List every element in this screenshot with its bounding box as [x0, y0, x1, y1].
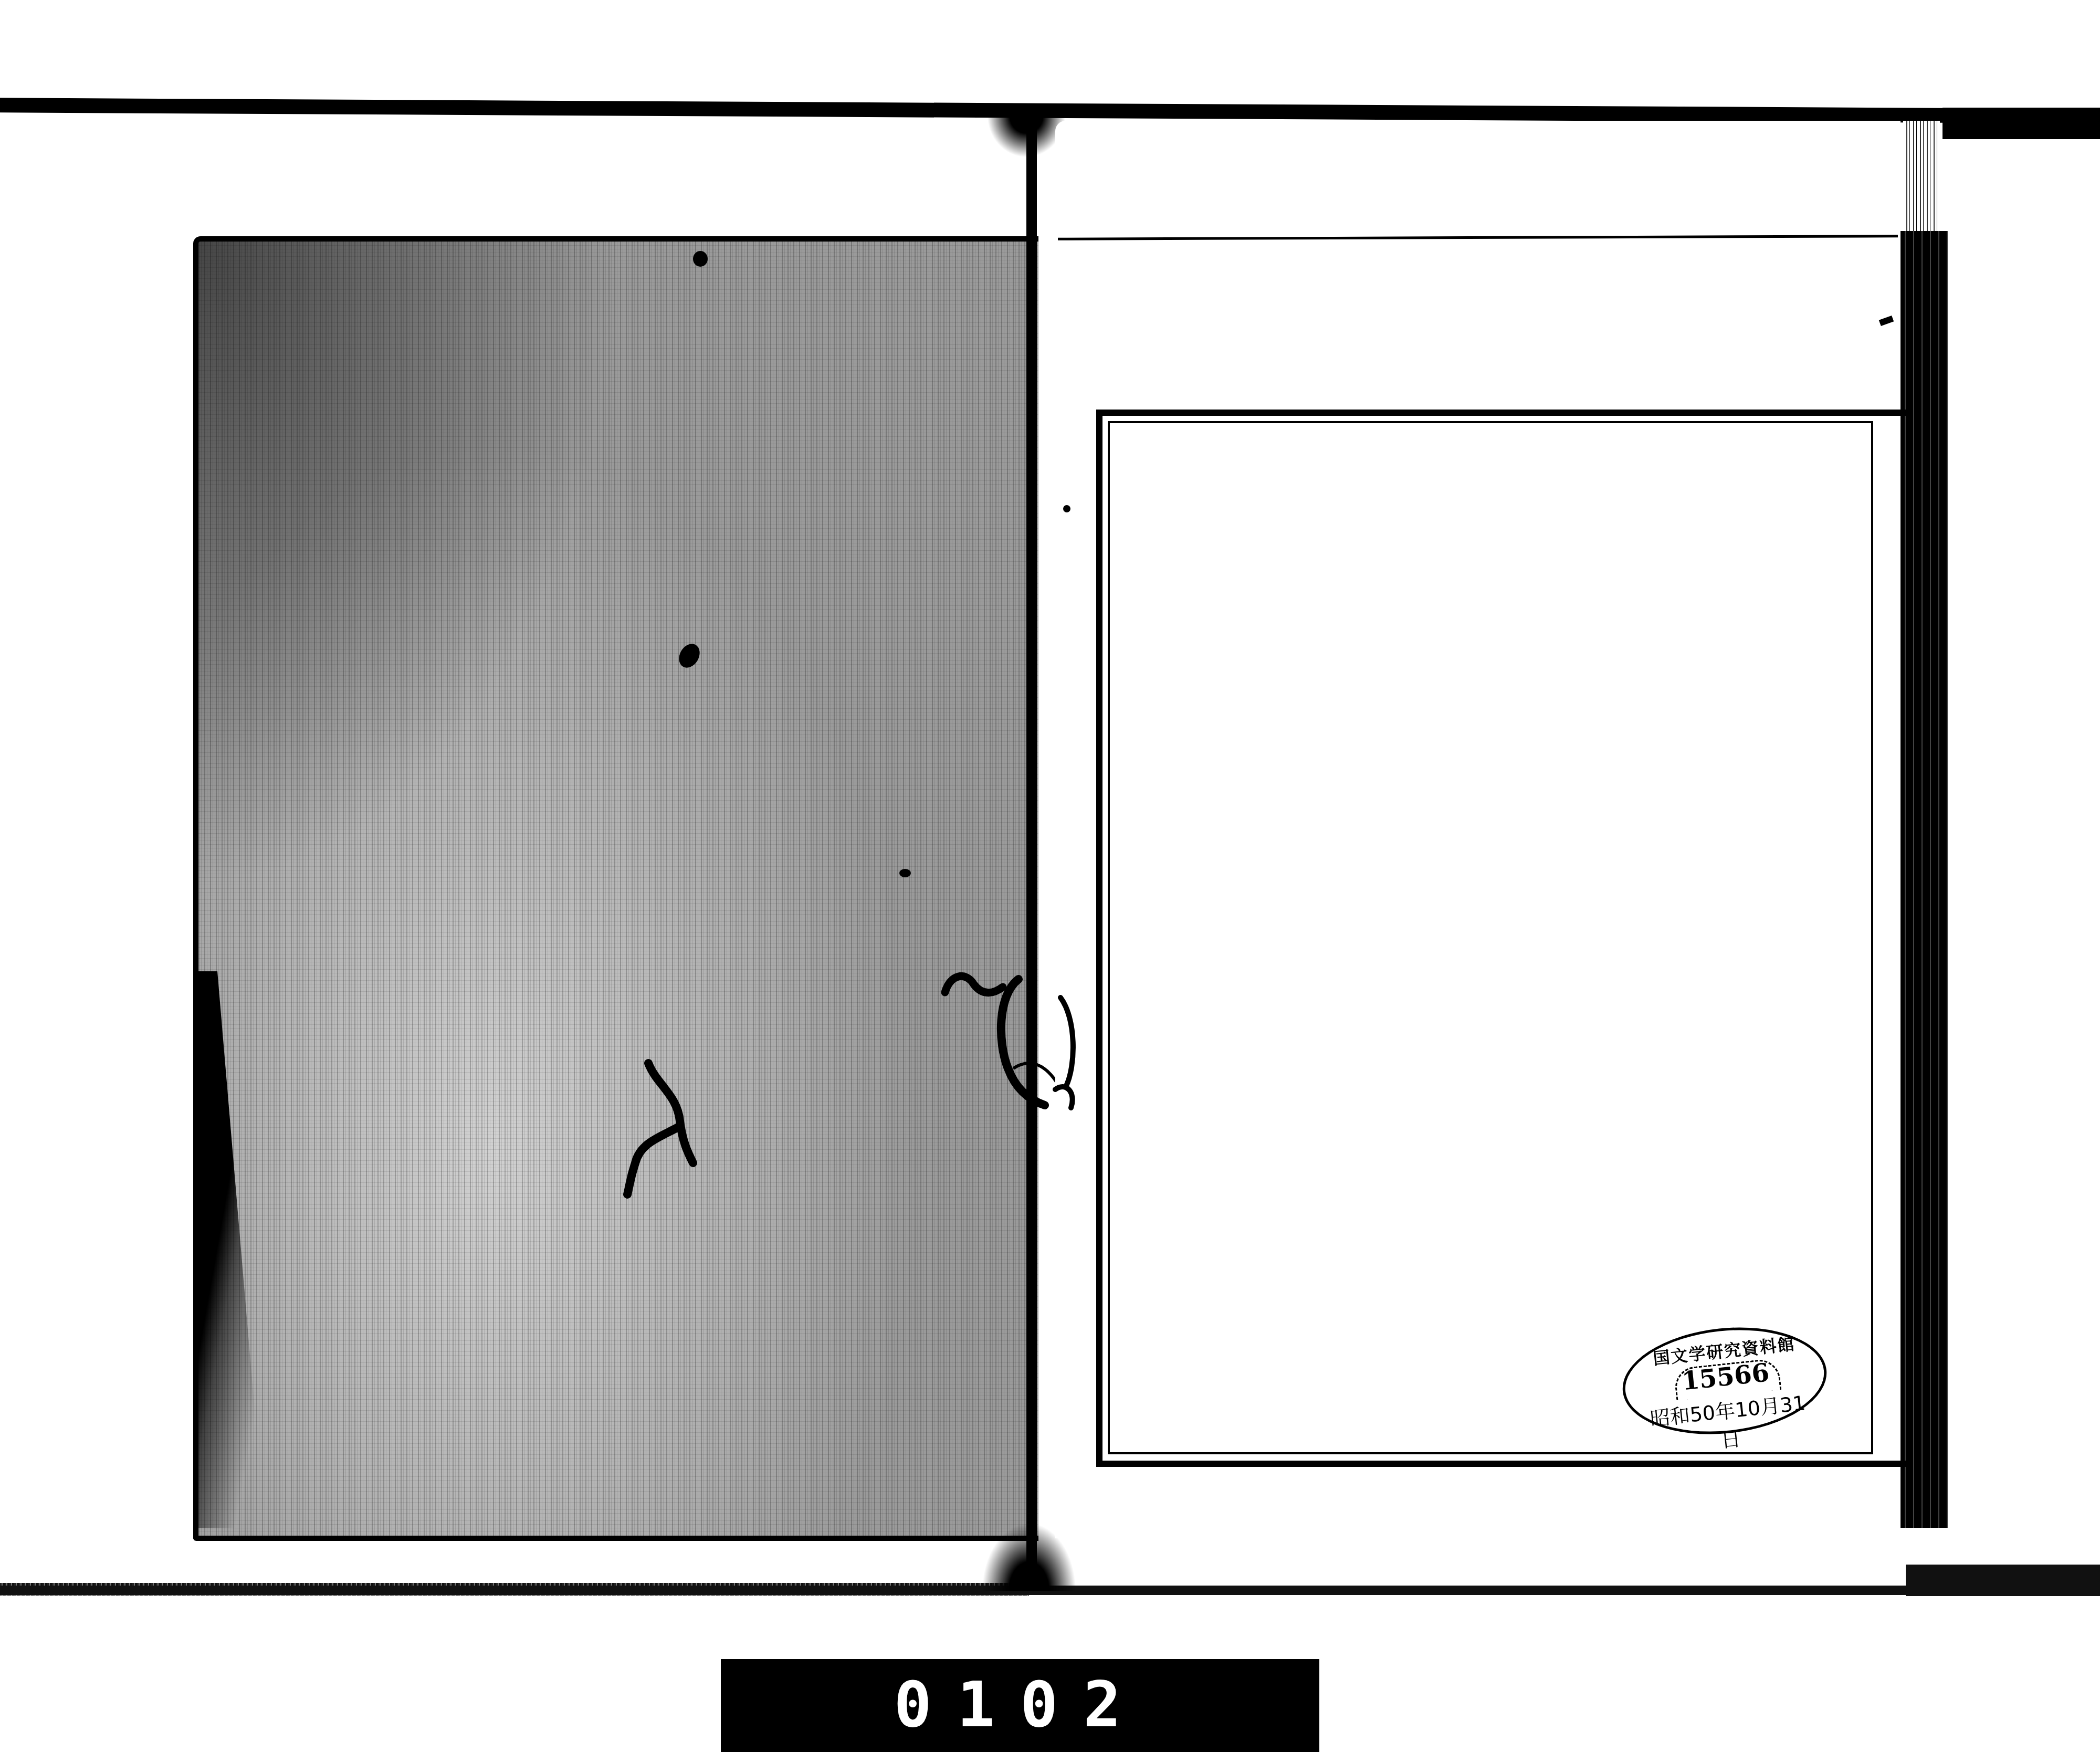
- ink-spot: [899, 869, 911, 877]
- film-edge-top: [0, 98, 1942, 122]
- page-edges-top: [1903, 121, 1940, 231]
- film-edge-top-right: [1942, 108, 2100, 139]
- book-gutter: [1026, 121, 1037, 1591]
- film-edge-bottom-right: [1906, 1565, 2100, 1596]
- frame-number: 0102: [721, 1669, 1319, 1741]
- handwritten-mark-hito: [619, 1058, 698, 1200]
- left-endpaper-page: [193, 236, 1038, 1541]
- ink-spot: [1063, 505, 1070, 512]
- page-border-inner: [1108, 421, 1873, 1454]
- frame-number-label: 0102: [721, 1659, 1319, 1752]
- handwritten-mark-right-bracket: [1045, 987, 1092, 1118]
- ink-spot: [693, 251, 708, 267]
